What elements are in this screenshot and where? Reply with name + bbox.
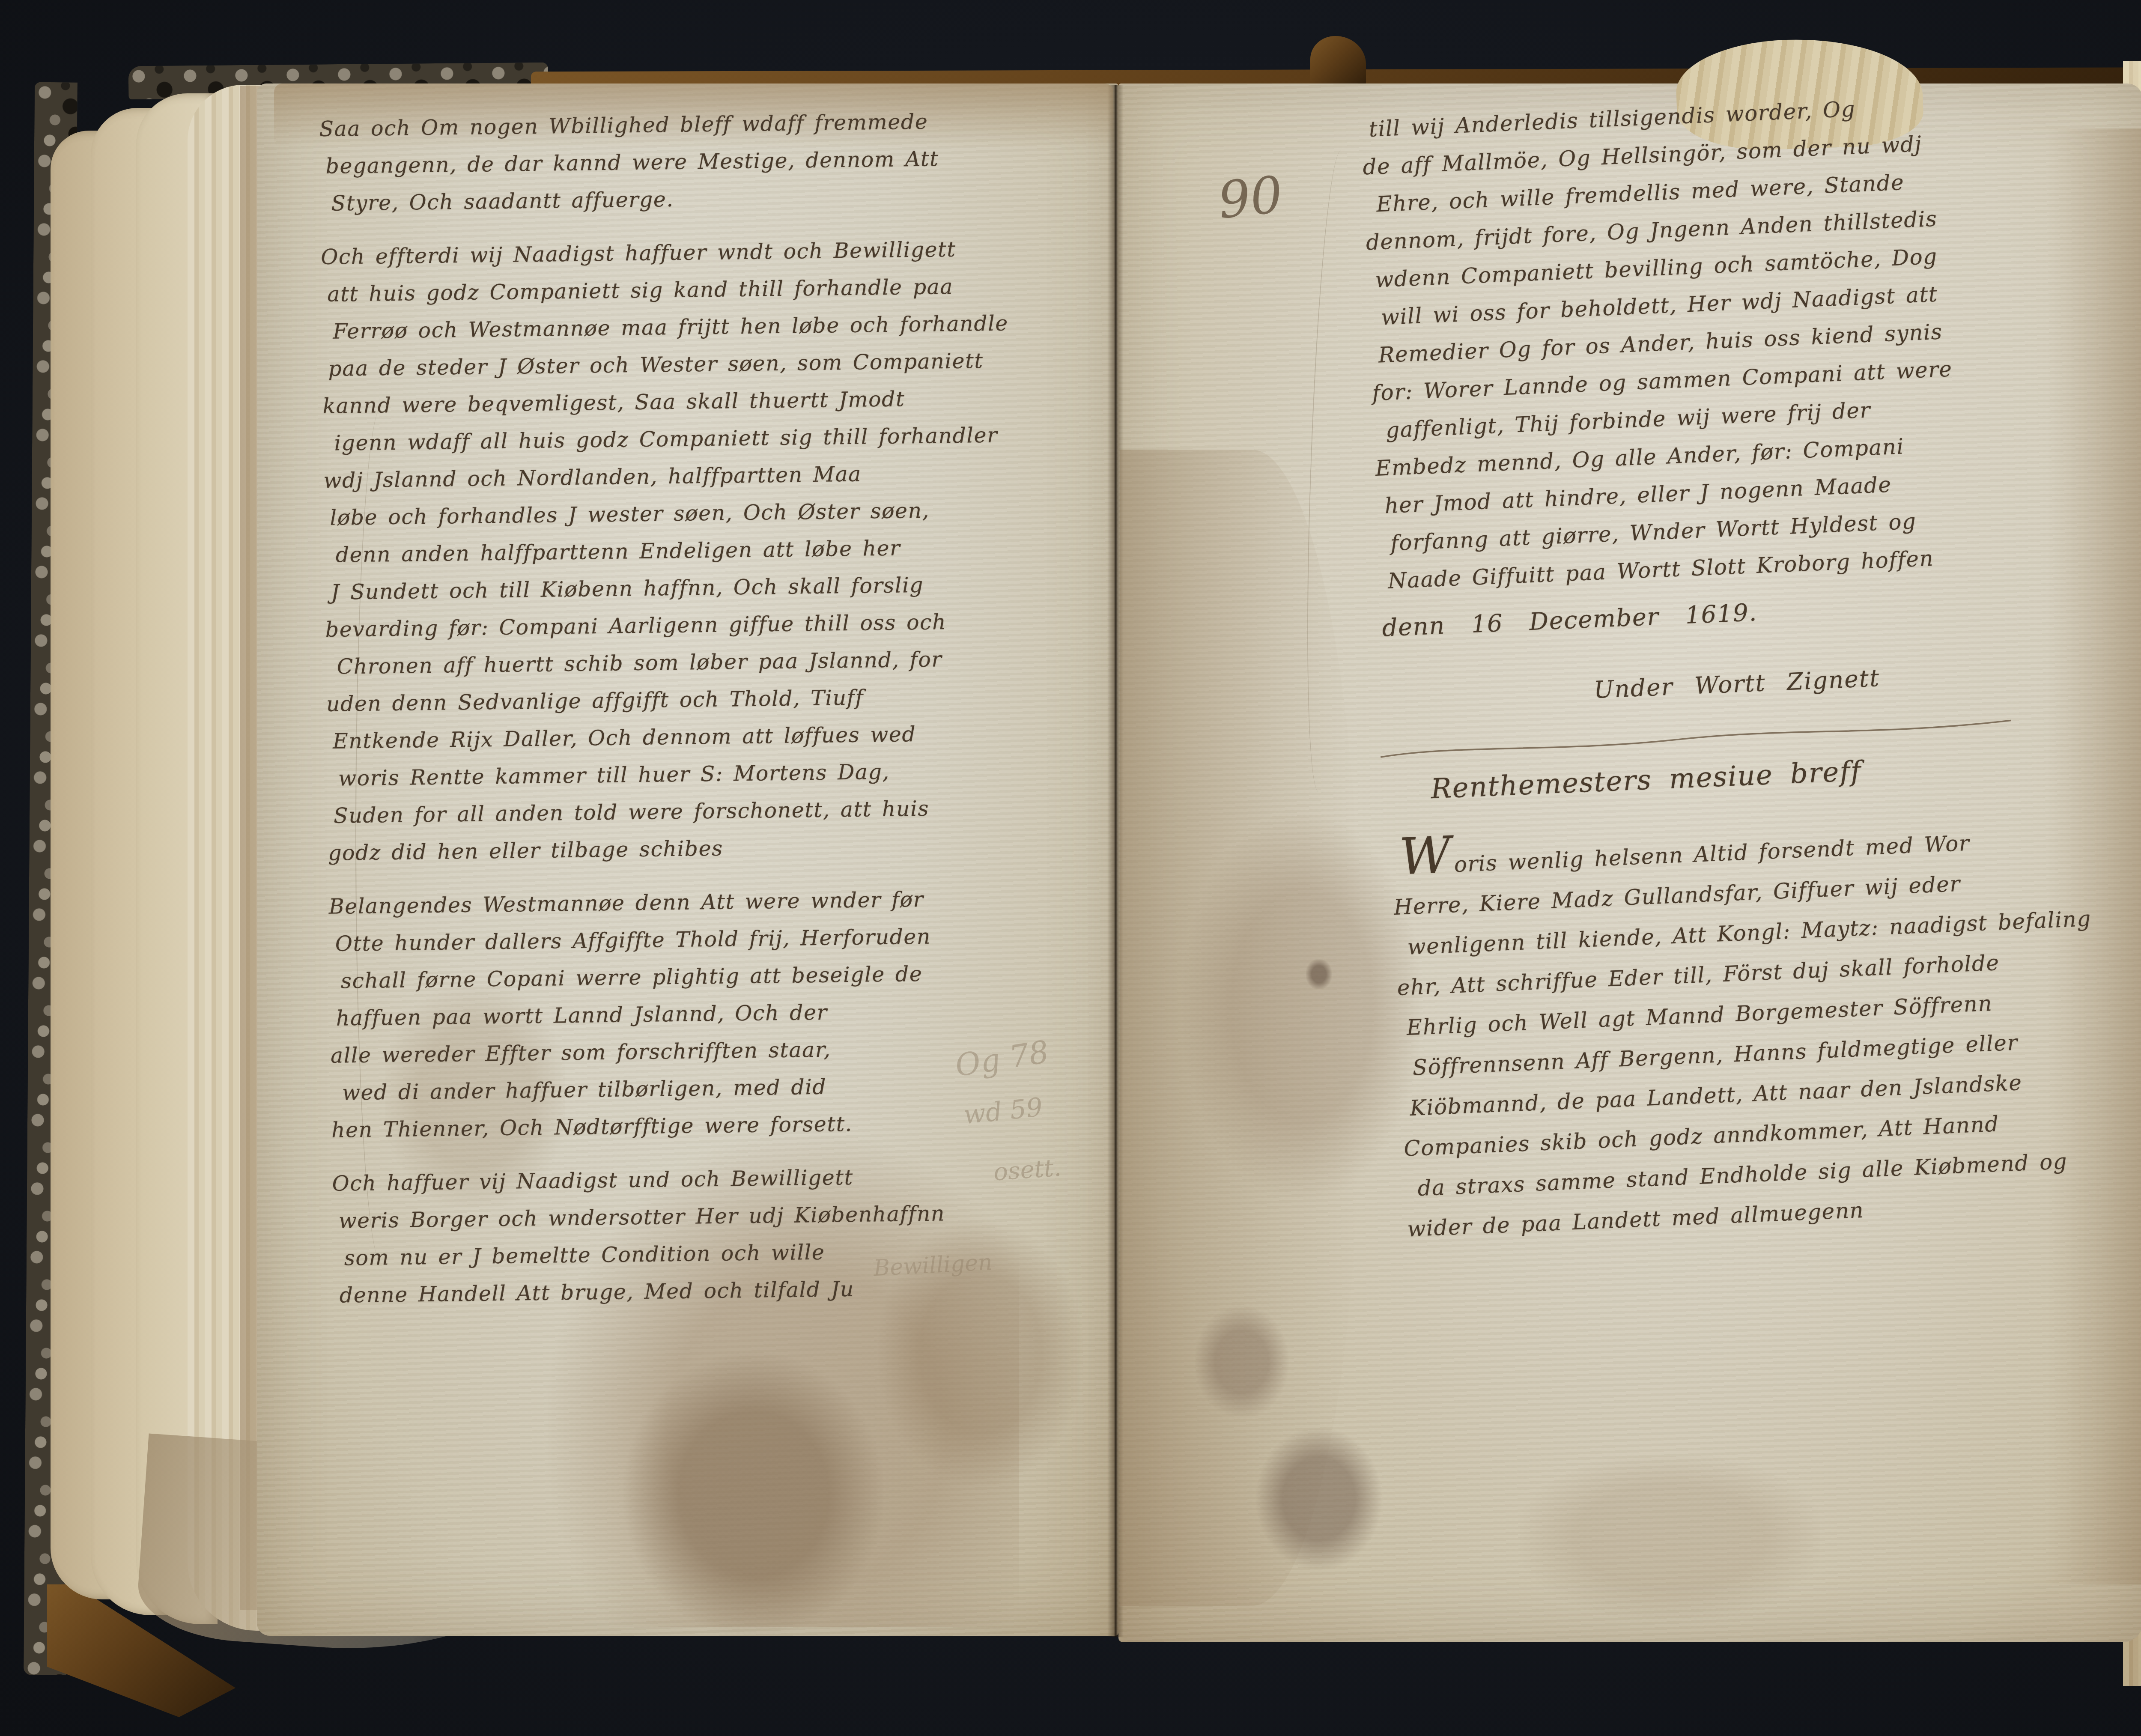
signet-line: Under Wortt Zignett <box>1593 647 2141 709</box>
manuscript-paragraph: Och haffuer vij Naadigst und och Bewilli… <box>332 1155 1117 1314</box>
folio-number: 90 <box>1215 165 1285 230</box>
left-page-text-block: Saa och Om nogen Wbillighed bleff wdaff … <box>319 101 1118 1330</box>
manuscript-paragraph: Saa och Om nogen Wbillighed bleff wdaff … <box>319 101 1104 222</box>
rentemester-letter: Woris wenlig helsenn Altid forsendt med … <box>1399 805 2141 1249</box>
right-page-text-block: till wij Anderledis tillsigendis worder,… <box>1368 78 2141 1249</box>
spine-leather-tuft <box>1310 36 1366 87</box>
royal-letter-closing: till wij Anderledis tillsigendis worder,… <box>1368 78 2141 600</box>
photographed-manuscript-book: Saa och Om nogen Wbillighed bleff wdaff … <box>0 0 2141 1736</box>
manuscript-paragraph: Och effterdi wij Naadigst haffuer wndt o… <box>321 229 1112 872</box>
manuscript-paragraph: Belangendes Westmannøe denn Att were wnd… <box>328 879 1115 1149</box>
